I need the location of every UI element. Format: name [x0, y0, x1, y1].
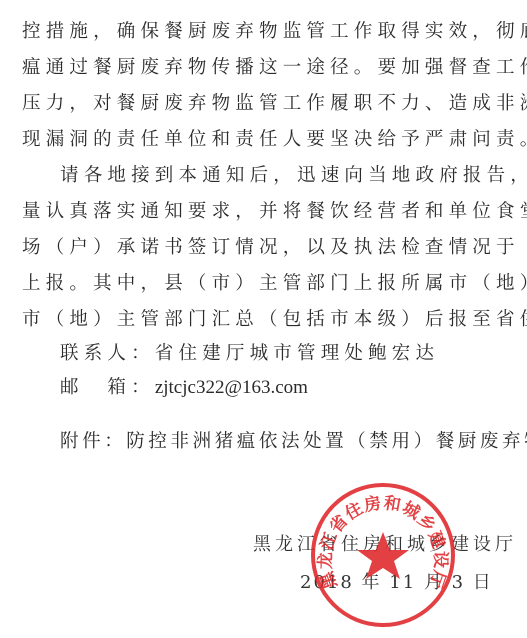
paragraph-line: 市（地）主管部门汇总（包括市本级）后报至省住建厅。 [22, 308, 527, 332]
paragraph-line: 请各地接到本通知后，迅速向当地政府报告，立即组织力 [60, 164, 527, 188]
attachment-line: 附件：防控非洲猪瘟依法处置（禁用）餐厨废弃物承诺书 [60, 430, 527, 454]
email-address: zjtcjc322@163.com [155, 377, 308, 398]
paragraph-line: 压力，对餐厨废弃物监管工作履职不力、造成非洲猪瘟防控出 [22, 92, 527, 116]
paragraph-line: 场（户）承诺书签订情况，以及执法检查情况于 11 月 15 日前 [22, 236, 527, 260]
paragraph-line: 量认真落实通知要求，并将餐饮经营者和单位食堂及生猪饲养 [22, 200, 527, 224]
paragraph-line: 瘟通过餐厨废弃物传播这一途径。要加强督查工作，逐级传导 [22, 56, 527, 80]
paragraph-line: 控措施，确保餐厨废弃物监管工作取得实效，彻底切断非洲猪 [22, 20, 527, 44]
official-seal-icon: 黑龙江省住房和城乡建设厅 [308, 480, 458, 630]
email-label: 邮 箱： [60, 377, 155, 398]
paragraph-line: 现漏洞的责任单位和责任人要坚决给予严肃问责。 [22, 128, 527, 152]
contact-line: 联系人：省住建厅城市管理处鲍宏达 [60, 342, 439, 366]
email-line: 邮 箱：zjtcjc322@163.com [60, 376, 308, 400]
paragraph-line: 上报。其中，县（市）主管部门上报所属市（地）主管部门， [22, 272, 527, 296]
